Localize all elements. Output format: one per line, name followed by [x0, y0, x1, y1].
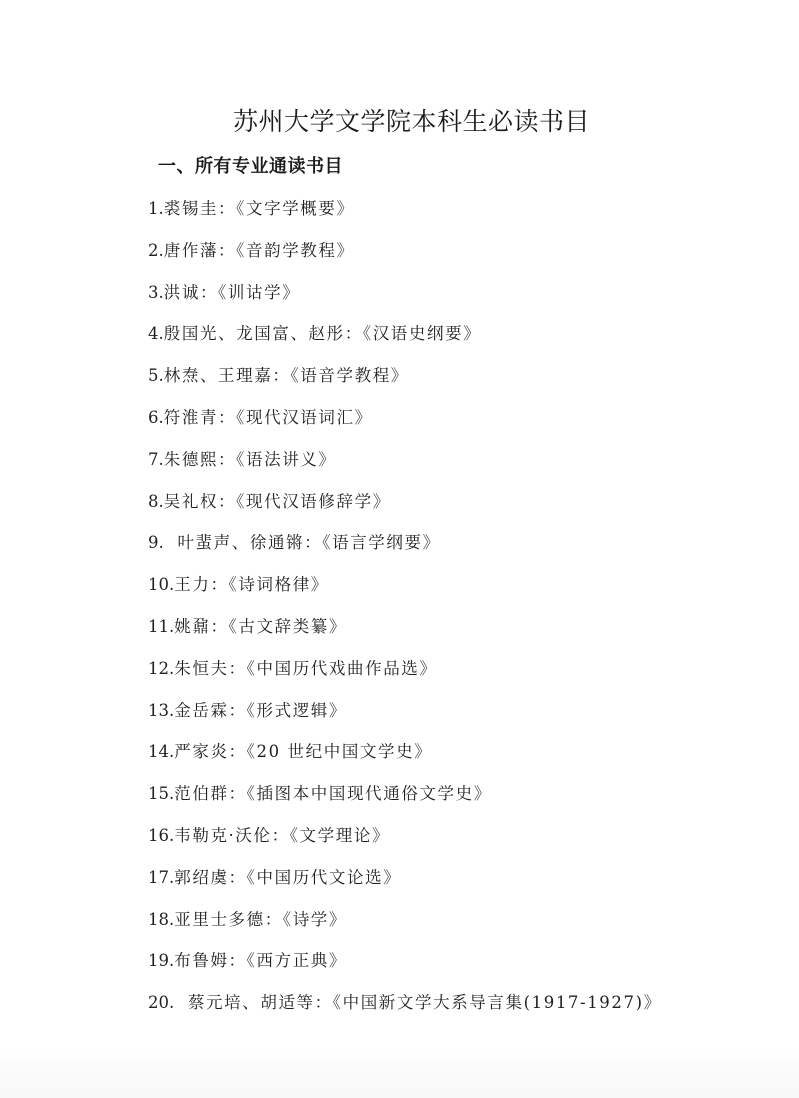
item-number: 15.	[148, 784, 174, 803]
list-item: 3.洪诚：《训诂学》	[148, 280, 662, 322]
item-text: 叶蜚声、徐通锵：《语言学纲要》	[164, 533, 441, 552]
item-number: 13.	[148, 701, 174, 720]
list-item: 16.韦勒克·沃伦：《文学理论》	[148, 823, 662, 865]
document-title: 苏州大学文学院本科生必读书目	[0, 105, 799, 139]
list-item: 1.裘锡圭：《文字学概要》	[148, 196, 662, 238]
item-number: 8.	[148, 492, 164, 511]
item-number: 3.	[148, 283, 164, 302]
item-number: 2.	[148, 241, 164, 260]
item-text: 韦勒克·沃伦：《文学理论》	[174, 826, 390, 845]
list-item: 6.符淮青：《现代汉语词汇》	[148, 405, 662, 447]
item-number: 5.	[148, 366, 164, 385]
item-text: 布鲁姆：《西方正典》	[174, 951, 347, 970]
item-text: 王力：《诗词格律》	[174, 575, 329, 594]
item-text: 金岳霖：《形式逻辑》	[174, 701, 347, 720]
list-item: 14.严家炎：《20 世纪中国文学史》	[148, 739, 662, 781]
item-text: 亚里士多德：《诗学》	[174, 910, 347, 929]
item-number: 14.	[148, 742, 174, 761]
item-number: 16.	[148, 826, 174, 845]
list-item: 2.唐作藩：《音韵学教程》	[148, 238, 662, 280]
item-text: 郭绍虞：《中国历代文论选》	[174, 868, 401, 887]
item-number: 18.	[148, 910, 174, 929]
item-text: 唐作藩：《音韵学教程》	[164, 241, 355, 260]
section-heading: 一、所有专业通读书目	[158, 154, 343, 180]
item-text: 姚鼐：《古文辞类纂》	[174, 617, 347, 636]
list-item: 15.范伯群：《插图本中国现代通俗文学史》	[148, 781, 662, 823]
item-text: 洪诚：《训诂学》	[164, 283, 301, 302]
reading-list: 1.裘锡圭：《文字学概要》 2.唐作藩：《音韵学教程》 3.洪诚：《训诂学》 4…	[148, 196, 662, 1032]
item-number: 10.	[148, 575, 174, 594]
list-item: 13.金岳霖：《形式逻辑》	[148, 698, 662, 740]
list-item: 18.亚里士多德：《诗学》	[148, 907, 662, 949]
item-number: 17.	[148, 868, 174, 887]
item-text: 蔡元培、胡适等：《中国新文学大系导言集(1917-1927)》	[174, 993, 661, 1012]
list-item: 19.布鲁姆：《西方正典》	[148, 948, 662, 990]
list-item: 11.姚鼐：《古文辞类纂》	[148, 614, 662, 656]
item-text: 林焘、王理嘉：《语音学教程》	[164, 366, 409, 385]
item-number: 7.	[148, 450, 164, 469]
item-text: 朱恒夫：《中国历代戏曲作品选》	[174, 659, 437, 678]
list-item: 10.王力：《诗词格律》	[148, 572, 662, 614]
item-number: 1.	[148, 199, 164, 218]
list-item: 8.吴礼权：《现代汉语修辞学》	[148, 489, 662, 531]
item-number: 9.	[148, 533, 164, 552]
item-number: 11.	[148, 617, 174, 636]
item-text: 范伯群：《插图本中国现代通俗文学史》	[174, 784, 492, 803]
item-number: 4.	[148, 324, 164, 343]
item-number: 6.	[148, 408, 164, 427]
list-item: 5.林焘、王理嘉：《语音学教程》	[148, 363, 662, 405]
item-number: 20.	[148, 993, 174, 1012]
list-item: 17.郭绍虞：《中国历代文论选》	[148, 865, 662, 907]
item-text: 朱德熙：《语法讲义》	[164, 450, 337, 469]
list-item: 4.殷国光、龙国富、赵彤：《汉语史纲要》	[148, 321, 662, 363]
item-number: 19.	[148, 951, 174, 970]
list-item: 7.朱德熙：《语法讲义》	[148, 447, 662, 489]
item-text: 符淮青：《现代汉语词汇》	[164, 408, 373, 427]
item-text: 裘锡圭：《文字学概要》	[164, 199, 355, 218]
list-item: 20. 蔡元培、胡适等：《中国新文学大系导言集(1917-1927)》	[148, 990, 662, 1032]
item-text: 吴礼权：《现代汉语修辞学》	[164, 492, 391, 511]
item-number: 12.	[148, 659, 174, 678]
item-text: 严家炎：《20 世纪中国文学史》	[174, 742, 432, 761]
list-item: 12.朱恒夫：《中国历代戏曲作品选》	[148, 656, 662, 698]
item-text: 殷国光、龙国富、赵彤：《汉语史纲要》	[164, 324, 482, 343]
list-item: 9. 叶蜚声、徐通锵：《语言学纲要》	[148, 530, 662, 572]
